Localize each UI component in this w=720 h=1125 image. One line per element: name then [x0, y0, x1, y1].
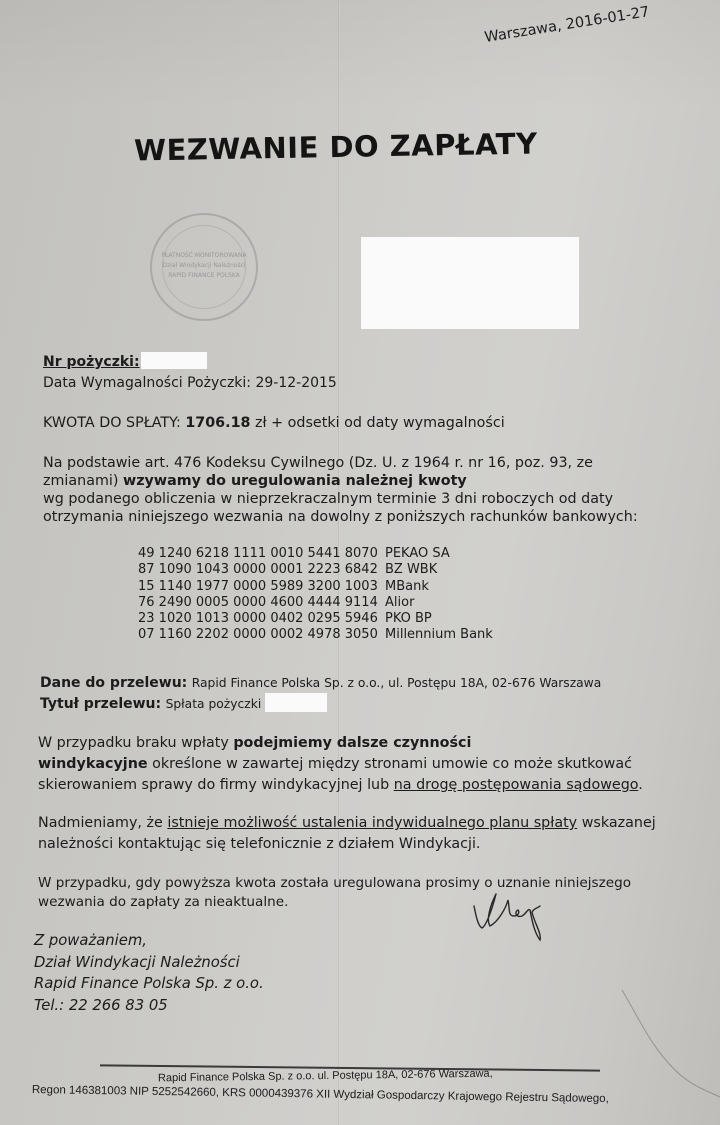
closing-phone: Tel.: 22 266 83 05: [34, 995, 264, 1017]
para3-line1-end: wskazanej: [582, 815, 656, 831]
bank-account-row: 76 2490 0005 0000 4600 4444 9114Alior: [138, 595, 493, 611]
closing-greeting: Z poważaniem,: [34, 930, 264, 952]
bank-name: BZ WBK: [385, 562, 437, 578]
bank-name: PEKAO SA: [385, 546, 450, 562]
para2-line3: skierowaniem sprawy do firmy windykacyjn…: [38, 775, 643, 796]
para3-line1-plain: Nadmieniamy, że: [38, 815, 163, 831]
footer-registration: Regon 146381003 NIP 5252542660, KRS 0000…: [32, 1084, 609, 1105]
due-date-value: 29-12-2015: [255, 375, 336, 391]
loan-number: Nr pożyczki:: [43, 352, 207, 371]
para3-line2: należności kontaktując się telefonicznie…: [38, 834, 656, 855]
bank-accounts-list: 49 1240 6218 1111 0010 5441 8070PEKAO SA…: [138, 546, 493, 644]
transfer-title-value: Spłata pożyczki: [166, 697, 262, 711]
para1-line2-plain: zmianami): [43, 473, 118, 489]
account-number: 76 2490 0005 0000 4600 4444 9114: [138, 595, 385, 611]
bank-name: MBank: [385, 579, 429, 595]
para2-line2-bold: windykacyjne: [38, 756, 148, 772]
stamp-bottom-text: RAPID FINANCE POLSKA: [152, 271, 256, 281]
para2-line1-bold: podejmiemy dalsze czynności: [233, 735, 471, 751]
account-number: 49 1240 6218 1111 0010 5441 8070: [138, 546, 385, 562]
repayment-plan-paragraph: Nadmieniamy, że istnieje możliwość ustal…: [38, 813, 656, 855]
account-number: 23 1020 1013 0000 0402 0295 5946: [138, 611, 385, 627]
closing-company: Rapid Finance Polska Sp. z o.o.: [34, 973, 264, 995]
para3-line1-underlined: istnieje możliwość ustalenia indywidualn…: [167, 815, 577, 831]
stamp-text: PŁATNOŚĆ MONITOROWANA Dział Windykacji N…: [152, 251, 256, 281]
amount-label: KWOTA DO SPŁATY:: [43, 415, 181, 431]
transfer-recipient-value: Rapid Finance Polska Sp. z o.o., ul. Pos…: [192, 676, 602, 690]
paper-crease: [620, 985, 720, 1105]
closing-department: Dział Windykacji Należności: [34, 952, 264, 974]
transfer-title-label: Tytuł przelewu:: [40, 696, 161, 712]
para2-line3-plain: skierowaniem sprawy do firmy windykacyjn…: [38, 777, 389, 793]
company-stamp: PŁATNOŚĆ MONITOROWANA Dział Windykacji N…: [150, 213, 258, 321]
transfer-recipient-label: Dane do przelewu:: [40, 675, 187, 691]
handwritten-signature: [468, 886, 553, 946]
bank-account-row: 87 1090 1043 0000 0001 2223 6842BZ WBK: [138, 562, 493, 578]
account-number: 07 1160 2202 0000 0002 4978 3050: [138, 627, 385, 643]
para1-line3: wg podanego obliczenia w nieprzekraczaln…: [43, 490, 638, 508]
stamp-outer-text: PŁATNOŚĆ MONITOROWANA: [152, 251, 256, 261]
due-date: Data Wymagalności Pożyczki: 29-12-2015: [43, 374, 337, 392]
stamp-center-text: Dział Windykacji Należności: [152, 261, 256, 271]
footer-address: Rapid Finance Polska Sp. z o.o. ul. Post…: [158, 1068, 493, 1085]
legal-basis-paragraph: Na podstawie art. 476 Kodeksu Cywilnego …: [43, 454, 638, 526]
loan-number-label: Nr pożyczki:: [43, 354, 140, 370]
bank-account-row: 49 1240 6218 1111 0010 5441 8070PEKAO SA: [138, 546, 493, 562]
para1-line2-bold: wzywamy do uregulowania należnej kwoty: [123, 473, 467, 489]
amount-due: KWOTA DO SPŁATY: 1706.18 zł + odsetki od…: [43, 414, 505, 432]
bank-account-row: 23 1020 1013 0000 0402 0295 5946PKO BP: [138, 611, 493, 627]
para2-line3-underlined: na drogę postępowania sądowego: [394, 777, 639, 793]
bank-name: PKO BP: [385, 611, 432, 627]
para2-line3-end: .: [638, 777, 643, 793]
recipient-address-redacted: [361, 237, 579, 329]
transfer-title: Tytuł przelewu: Spłata pożyczki: [40, 693, 601, 714]
para2-line1: W przypadku braku wpłaty podejmiemy dals…: [38, 733, 643, 754]
account-number: 87 1090 1043 0000 0001 2223 6842: [138, 562, 385, 578]
para2-line2-plain: określone w zawartej między stronami umo…: [152, 756, 632, 772]
bank-name: Millennium Bank: [385, 627, 493, 643]
closing-block: Z poważaniem, Dział Windykacji Należnośc…: [34, 930, 264, 1016]
bank-name: Alior: [385, 595, 414, 611]
para2-line1-plain: W przypadku braku wpłaty: [38, 735, 229, 751]
document-title: WEZWANIE DO ZAPŁATY: [134, 126, 538, 167]
due-date-label: Data Wymagalności Pożyczki:: [43, 375, 251, 391]
transfer-details: Dane do przelewu: Rapid Finance Polska S…: [40, 673, 601, 714]
para2-line2: windykacyjne określone w zawartej między…: [38, 754, 643, 775]
para1-line4: otrzymania niniejszego wezwania na dowol…: [43, 508, 638, 526]
para3-line1: Nadmieniamy, że istnieje możliwość ustal…: [38, 813, 656, 834]
account-number: 15 1140 1977 0000 5989 3200 1003: [138, 579, 385, 595]
amount-currency: zł: [255, 415, 267, 431]
transfer-title-redacted: [265, 693, 327, 712]
bank-account-row: 07 1160 2202 0000 0002 4978 3050Millenni…: [138, 627, 493, 643]
consequences-paragraph: W przypadku braku wpłaty podejmiemy dals…: [38, 733, 643, 796]
bank-account-row: 15 1140 1977 0000 5989 3200 1003MBank: [138, 579, 493, 595]
para1-line2: zmianami) wzywamy do uregulowania należn…: [43, 472, 638, 490]
para1-line1: Na podstawie art. 476 Kodeksu Cywilnego …: [43, 454, 638, 472]
amount-value: 1706.18: [185, 415, 250, 431]
transfer-recipient: Dane do przelewu: Rapid Finance Polska S…: [40, 673, 601, 693]
loan-number-redacted: [141, 352, 207, 369]
amount-suffix: + odsetki od daty wymagalności: [271, 415, 505, 431]
